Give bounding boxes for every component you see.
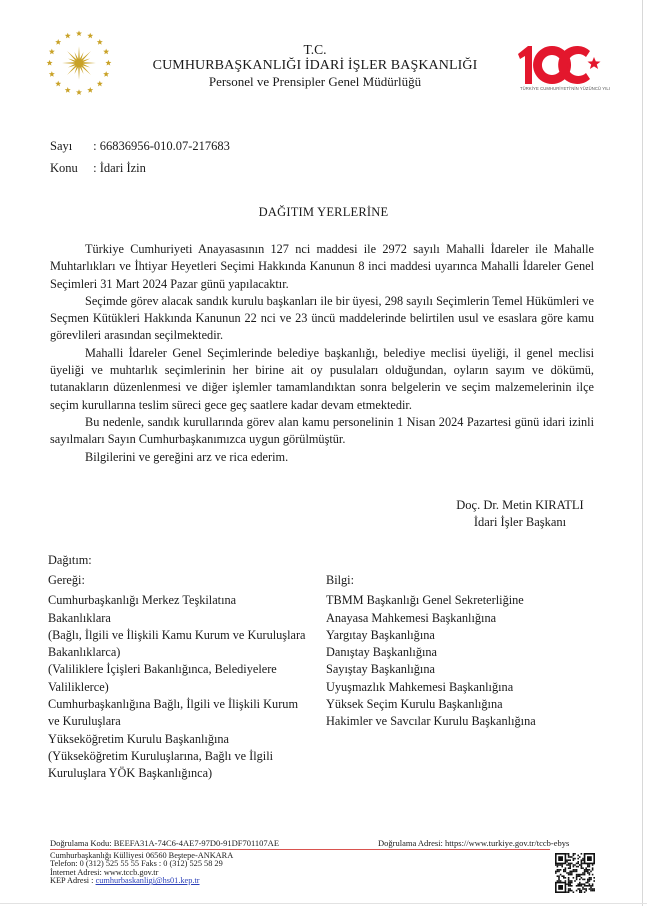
document-subject: Konu : İdari İzin <box>50 161 146 176</box>
addressee: DAĞITIM YERLERİNE <box>0 205 647 220</box>
list-item: Bakanlıklarca) <box>48 644 333 661</box>
list-item: ve Kuruluşlara <box>48 713 333 730</box>
footer-contact: Cumhurbaşkanlığı Külliyesi 06560 Beştepe… <box>50 852 233 886</box>
sayi-label: Sayı <box>50 139 90 154</box>
body-paragraph: Türkiye Cumhuriyeti Anayasasının 127 nci… <box>50 241 594 293</box>
verification-address: Doğrulama Adresi: https://www.turkiye.go… <box>378 838 569 848</box>
list-item: Yüksek Seçim Kurulu Başkanlığına <box>326 696 606 713</box>
page-bottom-edge <box>0 903 647 904</box>
signatory-title: İdari İşler Başkanı <box>440 514 600 531</box>
body-paragraph: Seçimde görev alacak sandık kurulu başka… <box>50 293 594 345</box>
action-label: Gereği: <box>48 572 333 589</box>
distribution-action-list: Gereği: Cumhurbaşkanlığı Merkez Teşkilat… <box>48 572 333 783</box>
list-item: Valiliklerce) <box>48 679 333 696</box>
qr-code-icon <box>555 853 595 893</box>
list-item: Bakanlıklara <box>48 610 333 627</box>
info-label: Bilgi: <box>326 572 606 589</box>
konu-label: Konu <box>50 161 90 176</box>
presidential-emblem-icon <box>44 28 114 98</box>
list-item: Yükseköğretim Kurulu Başkanlığına <box>48 731 333 748</box>
header-department: Personel ve Prensipler Genel Müdürlüğü <box>150 74 480 90</box>
header-tc: T.C. <box>150 42 480 58</box>
header-organization: CUMHURBAŞKANLIĞI İDARİ İŞLER BAŞKANLIĞI <box>150 58 480 74</box>
body-paragraph: Bu nedenle, sandık kurullarında görev al… <box>50 414 594 449</box>
list-item: Uyuşmazlık Mahkemesi Başkanlığına <box>326 679 606 696</box>
document-number: Sayı : 66836956-010.07-217683 <box>50 139 230 154</box>
body-paragraph: Mahalli İdareler Genel Seçimlerinde bele… <box>50 345 594 414</box>
list-item: Kuruluşlara YÖK Başkanlığınca) <box>48 765 333 782</box>
centennial-caption: TÜRKİYE CUMHURİYETİ'NİN YÜZÜNCÜ YILI <box>520 86 610 91</box>
list-item: Danıştay Başkanlığına <box>326 644 606 661</box>
kep-label: KEP Adresi : <box>50 876 96 885</box>
list-item: (Valiliklere İçişleri Bakanlığınca, Bele… <box>48 661 333 678</box>
signatory-name: Doç. Dr. Metin KIRATLI <box>440 497 600 514</box>
list-item: Hakimler ve Savcılar Kurulu Başkanlığına <box>326 713 606 730</box>
signature-block: Doç. Dr. Metin KIRATLI İdari İşler Başka… <box>440 497 600 531</box>
centennial-logo-icon <box>512 40 602 100</box>
list-item: Yargıtay Başkanlığına <box>326 627 606 644</box>
body-paragraph: Bilgilerini ve gereğini arz ve rica eder… <box>50 449 594 466</box>
list-item: (Bağlı, İlgili ve İlişkili Kamu Kurum ve… <box>48 627 333 644</box>
letter-body: Türkiye Cumhuriyeti Anayasasının 127 nci… <box>50 241 594 466</box>
list-item: Sayıştay Başkanlığına <box>326 661 606 678</box>
list-item: (Yükseköğretim Kuruluşlarına, Bağlı ve İ… <box>48 748 333 765</box>
footer-divider <box>50 849 550 850</box>
page-edge <box>642 0 643 906</box>
sayi-value: : 66836956-010.07-217683 <box>93 139 230 153</box>
footer-kep: KEP Adresi : cumhurbaskanligi@hs01.kep.t… <box>50 877 233 885</box>
verification-code: Doğrulama Kodu: BEEFA31A-74C6-4AE7-97D0-… <box>50 838 279 848</box>
distribution-title: Dağıtım: <box>48 553 92 568</box>
list-item: Anayasa Mahkemesi Başkanlığına <box>326 610 606 627</box>
list-item: TBMM Başkanlığı Genel Sekreterliğine <box>326 592 606 609</box>
list-item: Cumhurbaşkanlığı Merkez Teşkilatına <box>48 592 333 609</box>
konu-value: : İdari İzin <box>93 161 146 175</box>
kep-email-link[interactable]: cumhurbaskanligi@hs01.kep.tr <box>96 876 200 885</box>
list-item: Cumhurbaşkanlığına Bağlı, İlgili ve İliş… <box>48 696 333 713</box>
letterhead: T.C. CUMHURBAŞKANLIĞI İDARİ İŞLER BAŞKAN… <box>150 42 480 90</box>
distribution-info-list: Bilgi: TBMM Başkanlığı Genel Sekreterliğ… <box>326 572 606 731</box>
